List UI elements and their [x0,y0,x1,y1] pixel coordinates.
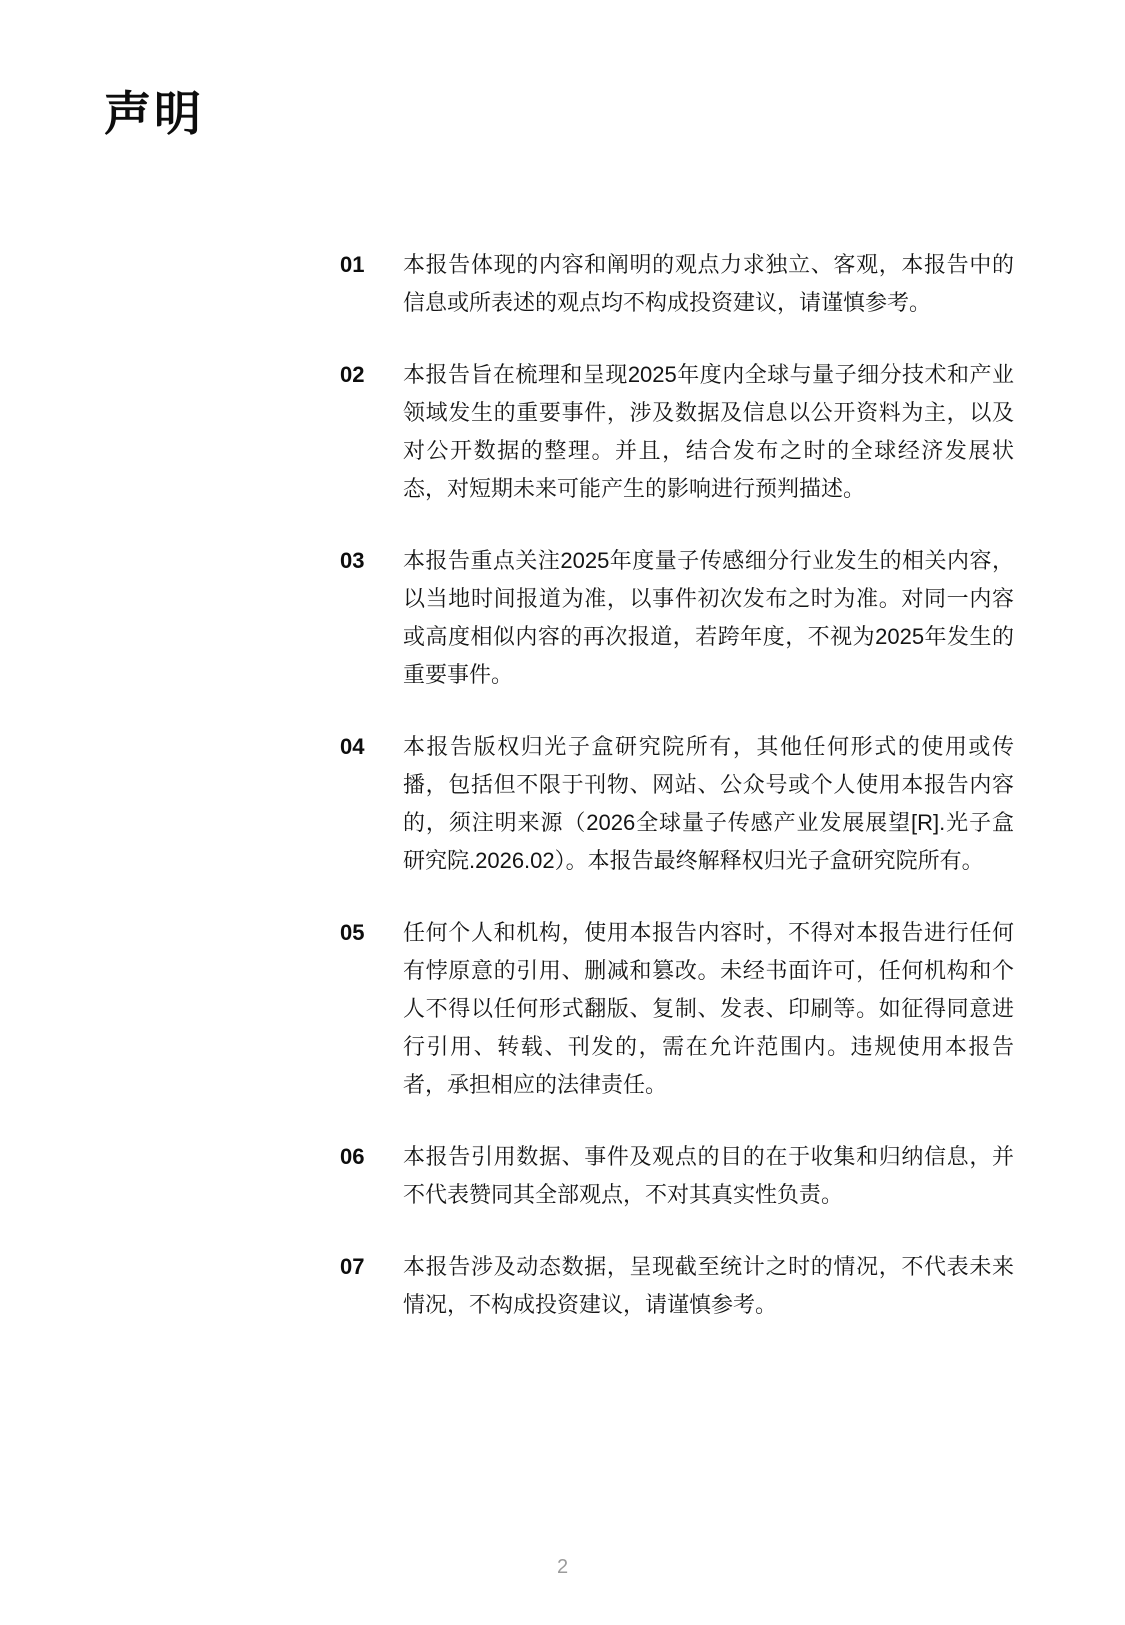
statement-item: 06 本报告引用数据、事件及观点的目的在于收集和归纳信息，并不代表赞同其全部观点… [340,1138,1014,1214]
statement-item: 03 本报告重点关注2025年度量子传感细分行业发生的相关内容，以当地时间报道为… [340,542,1014,694]
statement-number: 01 [340,246,403,322]
statement-text: 本报告体现的内容和阐明的观点力求独立、客观，本报告中的信息或所表述的观点均不构成… [403,246,1014,322]
statement-text: 本报告版权归光子盒研究院所有，其他任何形式的使用或传播，包括但不限于刊物、网站、… [403,728,1014,880]
statement-text: 本报告涉及动态数据，呈现截至统计之时的情况，不代表未来情况，不构成投资建议，请谨… [403,1248,1014,1324]
statement-text: 本报告引用数据、事件及观点的目的在于收集和归纳信息，并不代表赞同其全部观点，不对… [403,1138,1014,1214]
statement-number: 04 [340,728,403,880]
statement-number: 06 [340,1138,403,1214]
statement-text: 任何个人和机构，使用本报告内容时，不得对本报告进行任何有悖原意的引用、删减和篡改… [403,914,1014,1104]
statement-item: 05 任何个人和机构，使用本报告内容时，不得对本报告进行任何有悖原意的引用、删减… [340,914,1014,1104]
page-title: 声明 [104,86,204,142]
statement-number: 07 [340,1248,403,1324]
statements-list: 01 本报告体现的内容和阐明的观点力求独立、客观，本报告中的信息或所表述的观点均… [340,246,1014,1324]
statement-text: 本报告旨在梳理和呈现2025年度内全球与量子细分技术和产业领域发生的重要事件，涉… [403,356,1014,508]
statement-item: 07 本报告涉及动态数据，呈现截至统计之时的情况，不代表未来情况，不构成投资建议… [340,1248,1014,1324]
statement-item: 04 本报告版权归光子盒研究院所有，其他任何形式的使用或传播，包括但不限于刊物、… [340,728,1014,880]
statement-text: 本报告重点关注2025年度量子传感细分行业发生的相关内容，以当地时间报道为准，以… [403,542,1014,694]
page-number: 2 [0,1556,1125,1579]
statement-number: 05 [340,914,403,1104]
statement-number: 03 [340,542,403,694]
statement-item: 01 本报告体现的内容和阐明的观点力求独立、客观，本报告中的信息或所表述的观点均… [340,246,1014,322]
statement-number: 02 [340,356,403,508]
statement-item: 02 本报告旨在梳理和呈现2025年度内全球与量子细分技术和产业领域发生的重要事… [340,356,1014,508]
